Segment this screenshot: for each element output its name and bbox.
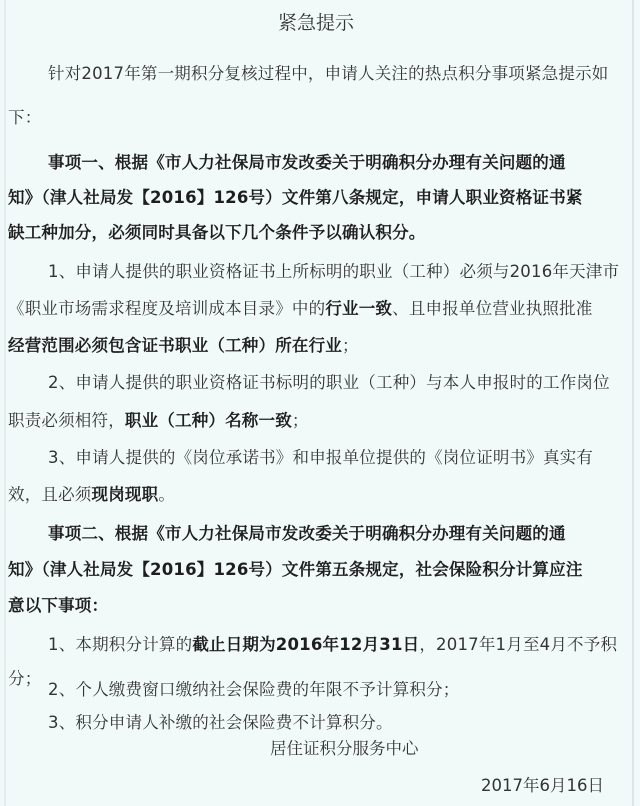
emphasis: 行业一致 <box>325 299 392 318</box>
text: ； <box>292 411 309 430</box>
condition-1-line-3: 经营范围必须包含证书职业（工种）所在行业； <box>8 334 359 358</box>
item2-line-3: 意以下事项： <box>8 594 108 618</box>
item2-line-1: 事项二、根据《市人力社保局市发改委关于明确积分办理有关问题的通 <box>48 522 566 546</box>
text: 。 <box>158 485 175 504</box>
item1-line-1: 事项一、根据《市人力社保局市发改委关于明确积分办理有关问题的通 <box>48 151 566 175</box>
condition-1-line-2: 《职业市场需求程度及培训成本目录》中的行业一致、且申报单位营业执照批准 <box>8 297 593 321</box>
condition-2-line-2: 职责必须相符，职业（工种）名称一致； <box>8 409 309 433</box>
note-1-line-1: 1、本期积分计算的截止日期为2016年12月31日，2017年1月至4月不予积 <box>48 633 617 657</box>
condition-3-line-2: 效，且必须现岗现职。 <box>8 483 175 507</box>
emphasis: 现岗现职 <box>92 485 159 504</box>
intro-line-2: 下： <box>8 106 41 130</box>
emphasis: 经营范围必须包含证书职业（工种）所在行业 <box>8 336 342 355</box>
text: 1、本期积分计算的 <box>48 635 192 654</box>
emphasis: 截止日期为2016年12月31日 <box>192 635 419 654</box>
text: 效，且必须 <box>8 485 92 504</box>
emphasis: 职业（工种）名称一致 <box>125 411 292 430</box>
condition-2-line-1: 2、申请人提供的职业资格证书标明的职业（工种）与本人申报时的工作岗位 <box>48 371 610 395</box>
text: 、且申报单位营业执照批准 <box>392 299 592 318</box>
signature-org: 居住证积分服务中心 <box>270 737 419 761</box>
text: 职责必须相符， <box>8 411 125 430</box>
item2-line-2: 知》（津人社局发【2016】126号）文件第五条规定，社会保险积分计算应注 <box>8 558 583 582</box>
item1-line-3: 缺工种加分，必须同时具备以下几个条件予以确认积分。 <box>8 221 426 245</box>
text: ； <box>342 336 359 355</box>
notice-title: 紧急提示 <box>8 8 624 38</box>
note-1-line-2: 分； <box>8 667 41 691</box>
condition-3-line-1: 3、申请人提供的《岗位承诺书》和申报单位提供的《岗位证明书》真实有 <box>48 446 593 470</box>
notice-date: 2017年6月16日 <box>481 774 604 798</box>
condition-1-line-1: 1、申请人提供的职业资格证书上所标明的职业（工种）必须与2016年天津市 <box>48 260 619 284</box>
note-3: 3、积分申请人补缴的社会保险费不计算积分。 <box>48 711 393 735</box>
item1-line-2: 知》（津人社局发【2016】126号）文件第八条规定，申请人职业资格证书紧 <box>8 186 583 210</box>
text: ，2017年1月至4月不予积 <box>419 635 617 654</box>
note-2: 2、个人缴费窗口缴纳社会保险费的年限不予计算积分； <box>48 678 460 702</box>
intro-line-1: 针对2017年第一期积分复核过程中，申请人关注的热点积分事项紧急提示如 <box>48 62 609 86</box>
text: 《职业市场需求程度及培训成本目录》中的 <box>8 299 325 318</box>
